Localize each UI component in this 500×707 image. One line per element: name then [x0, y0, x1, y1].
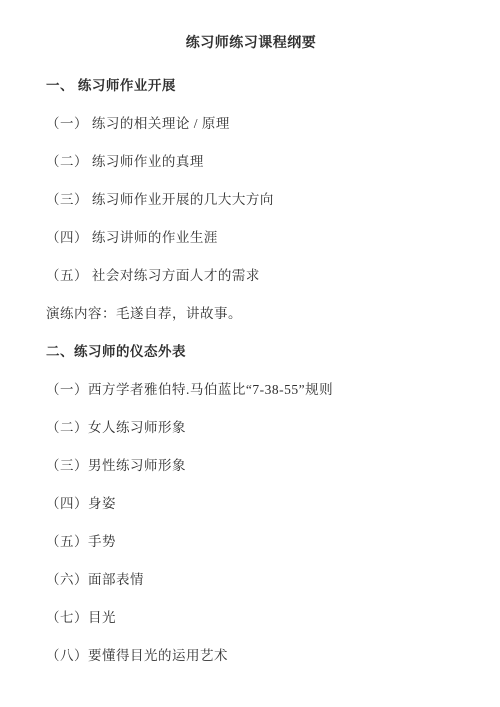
document-page: 练习师练习课程纲要 一、 练习师作业开展 （一） 练习的相关理论 / 原理 （二… — [0, 0, 500, 707]
section-1-heading: 一、 练习师作业开展 — [46, 78, 456, 94]
section-2-item-3: （三）男性练习师形象 — [46, 458, 456, 474]
section-1-item-3: （三） 练习师作业开展的几大大方向 — [46, 192, 456, 208]
section-1-item-4: （四） 练习讲师的作业生涯 — [46, 230, 456, 246]
section-2-item-6: （六）面部表情 — [46, 572, 456, 588]
section-2-item-5: （五）手势 — [46, 534, 456, 550]
section-2-heading: 二、练习师的仪态外表 — [46, 344, 456, 360]
practice-note: 演练内容：毛遂自荐，讲故事。 — [46, 306, 456, 322]
section-2-item-4: （四）身姿 — [46, 496, 456, 512]
section-2-item-2: （二）女人练习师形象 — [46, 420, 456, 436]
section-2-item-7: （七）目光 — [46, 610, 456, 626]
document-title: 练习师练习课程纲要 — [46, 36, 456, 52]
section-2-item-8: （八）要懂得目光的运用艺术 — [46, 648, 456, 664]
section-1-item-1: （一） 练习的相关理论 / 原理 — [46, 116, 456, 132]
section-1-item-2: （二） 练习师作业的真理 — [46, 154, 456, 170]
section-2-item-1: （一）西方学者雅伯特.马伯蓝比“7-38-55”规则 — [46, 382, 456, 398]
section-1-item-5: （五） 社会对练习方面人才的需求 — [46, 268, 456, 284]
